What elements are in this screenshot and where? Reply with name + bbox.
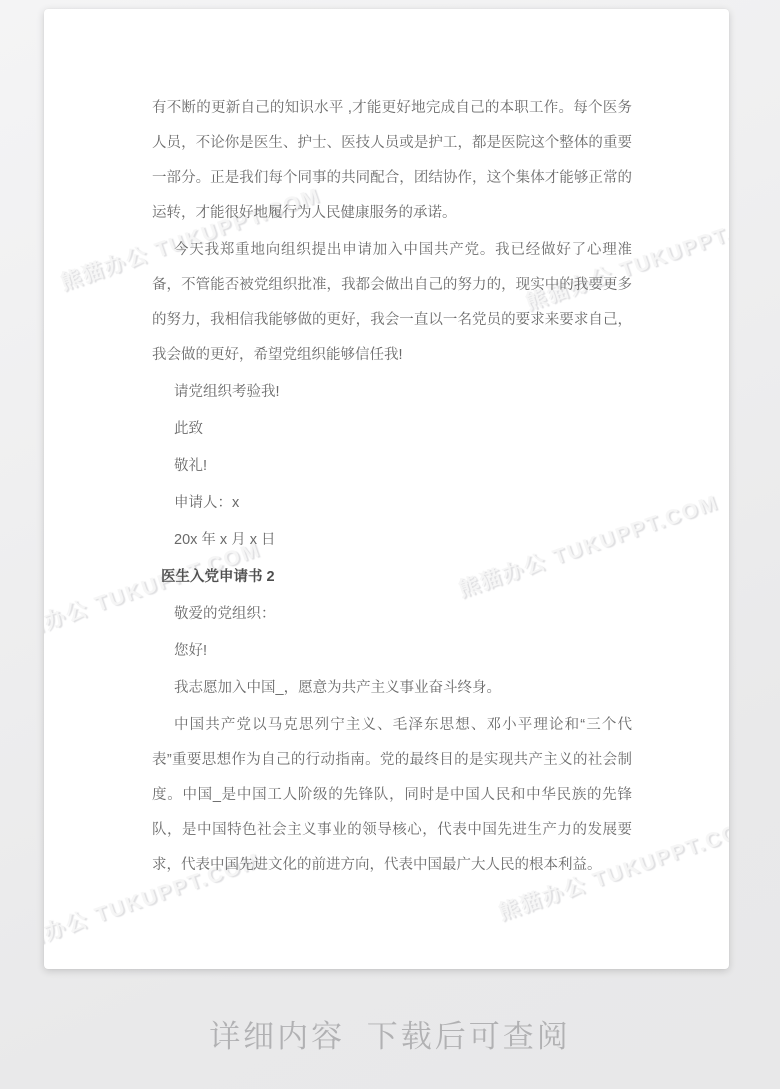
paragraph: 申请人：x	[152, 486, 632, 521]
paragraph: 敬礼!	[152, 449, 632, 484]
footer-note: 详细内容 下载后可查阅	[0, 1014, 780, 1060]
paragraph: 请党组织考验我!	[152, 375, 632, 410]
paragraph: 今天我郑重地向组织提出申请加入中国共产党。我已经做好了心理准备，不管能否被党组织…	[152, 233, 632, 373]
paragraph: 我志愿加入中国_，愿意为共产主义事业奋斗终身。	[152, 671, 632, 706]
section-heading: 医生入党申请书 2	[152, 560, 632, 595]
paragraph: 20x 年 x 月 x 日	[152, 523, 632, 558]
paragraph: 有不断的更新自己的知识水平 ,才能更好地完成自己的本职工作。每个医务人员，不论你…	[152, 91, 632, 231]
document-body: 有不断的更新自己的知识水平 ,才能更好地完成自己的本职工作。每个医务人员，不论你…	[44, 9, 729, 925]
paragraph: 您好!	[152, 634, 632, 669]
paragraph: 此致	[152, 412, 632, 447]
paragraph: 敬爱的党组织：	[152, 597, 632, 632]
paragraph: 中国共产党以马克思列宁主义、毛泽东思想、邓小平理论和“三个代表”重要思想作为自己…	[152, 708, 632, 883]
document-page: 熊猫办公 TUKUPPT.COM熊猫办公 TUKUPPT.COM熊猫办公 TUK…	[44, 9, 729, 969]
preview-background: { "page": { "sheet_color": "#ffffff", "b…	[0, 0, 780, 1089]
